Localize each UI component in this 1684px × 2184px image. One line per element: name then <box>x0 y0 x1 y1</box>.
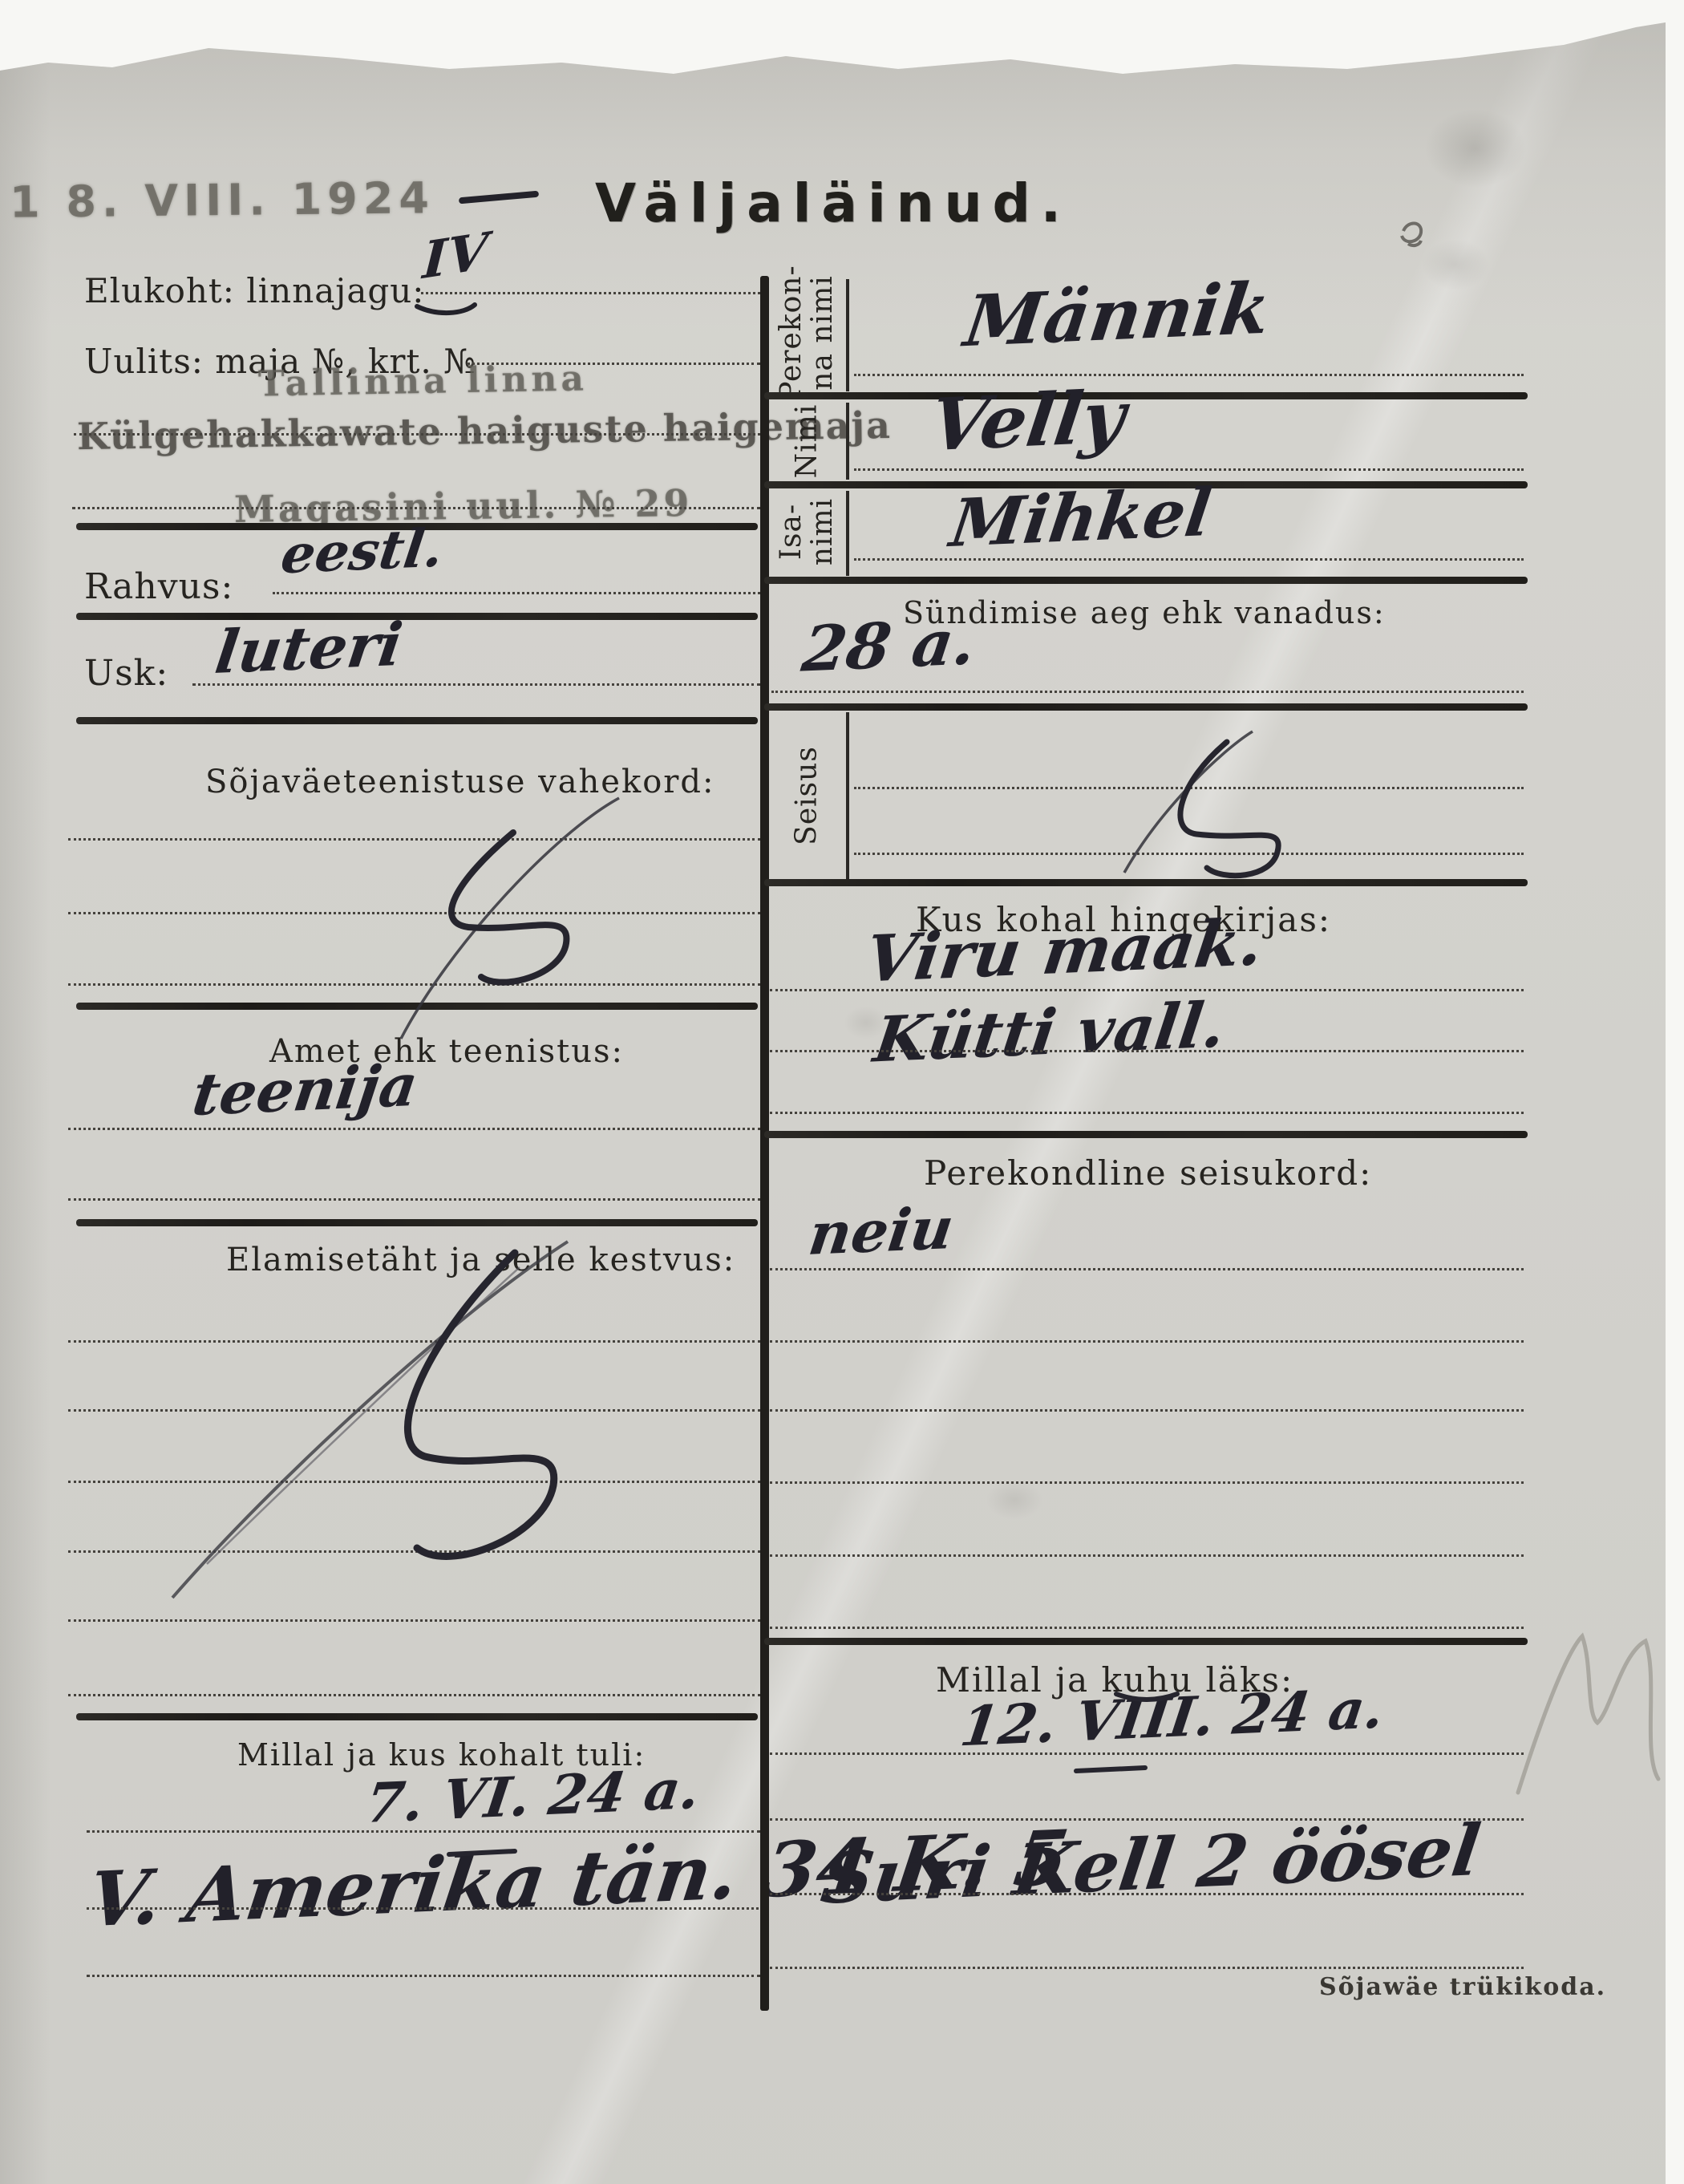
dotted-line <box>770 989 1524 991</box>
section-rule <box>76 1003 758 1010</box>
rotated-label-seisus: Seisus <box>792 746 824 845</box>
dotted-line <box>770 1554 1524 1557</box>
dotted-line <box>68 1550 760 1553</box>
printer-mark: Sõjawäe trükikoda. <box>1319 1973 1606 2001</box>
column-divider <box>760 276 769 2011</box>
page-title: Väljaläinud. <box>595 172 1071 234</box>
dotted-line <box>854 468 1524 471</box>
dotted-line <box>770 1340 1524 1343</box>
row-rule <box>764 879 1528 886</box>
hospital-stamp-line1: Tallinna linna <box>258 358 589 404</box>
cell-separator <box>846 491 849 576</box>
dotted-line <box>771 691 1524 693</box>
dotted-line <box>854 374 1524 376</box>
field-label-usk: Usk: <box>84 653 168 694</box>
section-label-elamisetaht: Elamisetäht ja selle kestvus: <box>226 1242 735 1278</box>
handwritten-elukoht-value: IV <box>421 221 489 291</box>
row-rule <box>764 1131 1528 1138</box>
dotted-line <box>68 1340 760 1343</box>
rotated-label-line: Perekon- <box>776 265 808 400</box>
dotted-line <box>854 558 1524 561</box>
rotated-label-nimi: Nimi <box>792 404 824 479</box>
dotted-line <box>87 1975 760 1977</box>
rotated-label-line: Seisus <box>792 746 824 845</box>
dotted-line <box>68 983 760 986</box>
dotted-line <box>68 1619 760 1622</box>
handwritten-father-name: Mihkel <box>946 474 1216 562</box>
dotted-line <box>770 1481 1524 1484</box>
field-label-rahvus: Rahvus: <box>84 566 233 607</box>
section-rule <box>76 717 758 724</box>
dotted-line <box>68 1694 760 1696</box>
dotted-line <box>770 1752 1524 1755</box>
dotted-line <box>68 1128 760 1130</box>
dotted-line <box>770 1050 1524 1052</box>
dotted-line <box>68 838 760 841</box>
dotted-line <box>87 1907 763 1910</box>
rotated-label-line: Isa- <box>776 498 808 565</box>
received-date-stamp: 1 8. VIII. 1924 <box>10 172 435 228</box>
handwritten-rahvus-value: eestl. <box>277 517 447 586</box>
dotted-line <box>68 1198 760 1201</box>
field-label-elukoht: Elukoht: linnajagu: <box>84 271 424 310</box>
dotted-line <box>273 592 760 594</box>
row-rule <box>764 392 1528 399</box>
scanned-form: 1 8. VIII. 1924 Väljaläinud. Elukoht: li… <box>0 0 1684 2184</box>
cell-separator <box>846 279 849 391</box>
dotted-line <box>74 433 760 436</box>
dotted-line <box>421 292 760 294</box>
section-rule <box>76 1713 758 1720</box>
row-rule <box>764 1638 1528 1645</box>
dotted-line <box>770 1627 1524 1629</box>
rotated-label-isanimi: Isa- nimi <box>776 498 839 565</box>
cell-separator <box>846 712 849 879</box>
dotted-line <box>770 1967 1524 1969</box>
row-rule <box>764 577 1528 584</box>
section-label-sojavaeteenistus: Sõjaväeteenistuse vahekord: <box>205 764 715 800</box>
handwritten-age: 28 a. <box>798 606 980 686</box>
row-rule <box>764 703 1528 711</box>
rotated-label-line: Nimi <box>792 404 824 479</box>
rotated-label-line: nimi <box>808 498 839 565</box>
dotted-line <box>854 787 1524 789</box>
rotated-label-line: na nimi <box>808 265 839 400</box>
section-rule <box>76 613 758 620</box>
dotted-line <box>770 1409 1524 1412</box>
section-label-perekondline: Perekondline seisukord: <box>924 1153 1372 1193</box>
dotted-line <box>68 1409 760 1412</box>
dotted-line <box>72 507 760 509</box>
handwritten-marital-status: neiu <box>805 1193 957 1268</box>
handwritten-firstname: Velly <box>925 375 1130 468</box>
dotted-line <box>68 912 760 914</box>
dotted-line <box>770 1893 1524 1895</box>
cell-separator <box>846 403 849 480</box>
handwritten-usk-value: luteri <box>212 610 407 687</box>
dotted-line <box>770 1112 1524 1114</box>
dotted-line <box>68 1481 760 1483</box>
handwritten-amet-value: teenija <box>188 1051 421 1128</box>
dotted-line <box>770 1268 1524 1270</box>
rotated-label-perekonnanimi: Perekon- na nimi <box>776 265 839 400</box>
dotted-line <box>854 853 1524 855</box>
dotted-line <box>192 683 760 686</box>
section-rule <box>76 1219 758 1226</box>
handwritten-surname: Männik <box>960 266 1275 363</box>
